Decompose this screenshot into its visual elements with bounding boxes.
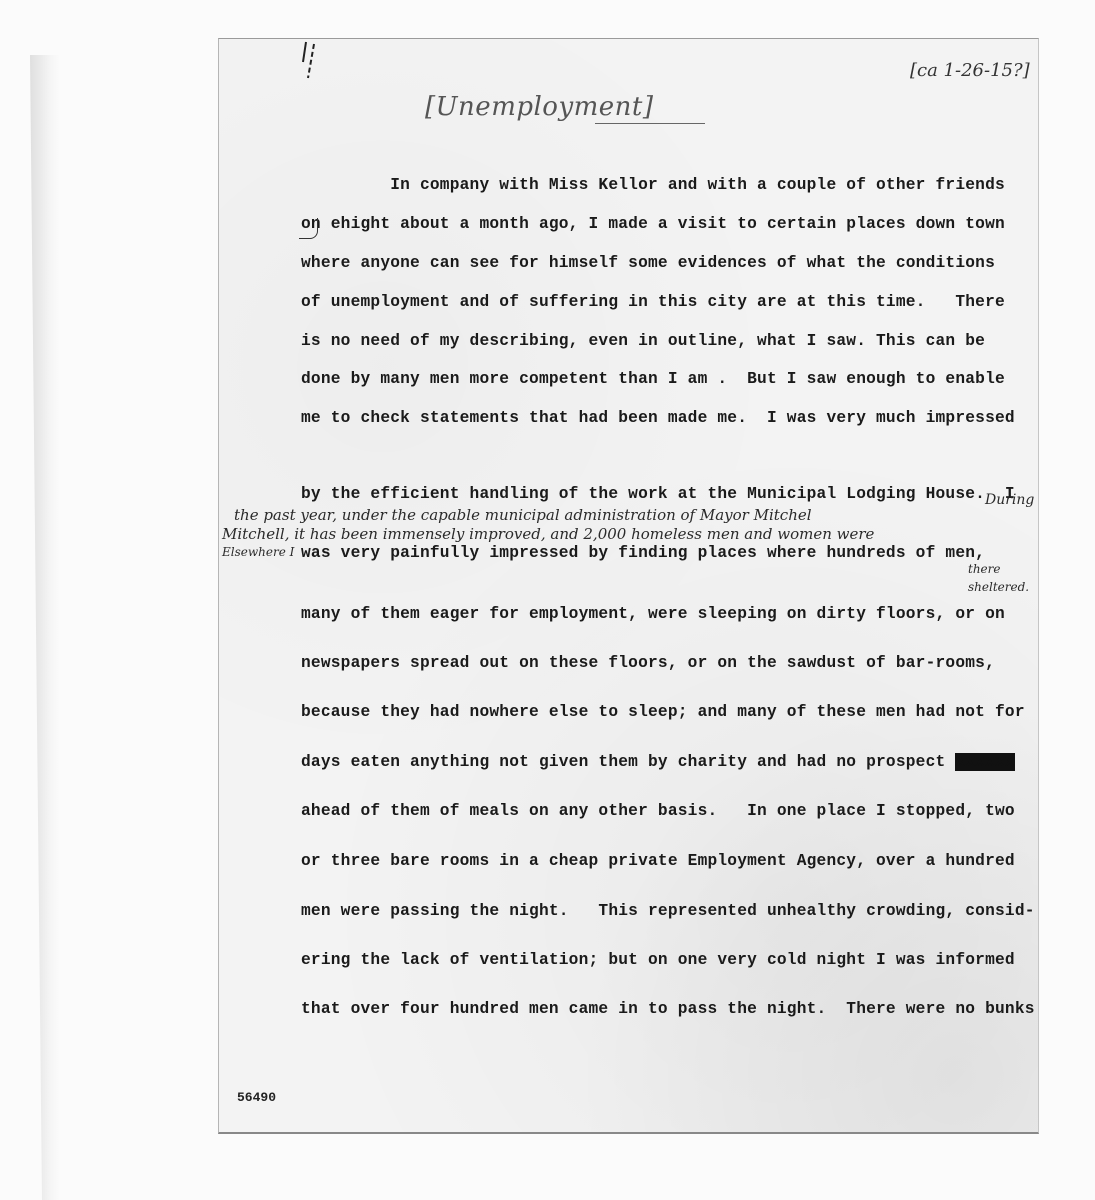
document-page [218,38,1039,1134]
handwritten-left-margin-note: Elsewhere I [222,545,294,559]
editing-bracket-mark [299,218,318,239]
typed-line-12: because they had nowhere else to sleep; … [301,703,1025,721]
typed-line-9: was very painfully impressed by finding … [301,544,985,562]
document-number: 56490 [237,1090,276,1105]
typed-line-13: days eaten anything not given them by ch… [301,753,1015,771]
handwritten-insertion-1: the past year, under the capable municip… [234,506,812,524]
scan-edge-shadow [30,55,60,1200]
typed-line-10: many of them eager for employment, were … [301,605,1005,623]
typed-line-7: me to check statements that had been mad… [301,409,1015,427]
handwritten-right-margin-bottom: there sheltered. [968,560,1038,596]
typed-line-4: of unemployment and of suffering in this… [301,293,1005,311]
typed-line-14: ahead of them of meals on any other basi… [301,802,1015,820]
typed-line-17: ering the lack of ventilation; but on on… [301,951,1015,969]
handwritten-insertion-2: Mitchell, it has been immensely improved… [222,525,874,543]
typed-line-8: by the efficient handling of the work at… [301,485,1015,503]
struck-out-word: xxxxxx [955,753,1015,771]
title-underline [595,123,705,124]
typed-line-13-text: days eaten anything not given them by ch… [301,753,945,771]
typed-line-2: on ehight about a month ago, I made a vi… [301,215,1005,233]
typed-line-16: men were passing the night. This represe… [301,902,1035,920]
archive-tick-marks [298,40,338,80]
typed-line-5: is no need of my describing, even in out… [301,332,985,350]
handwritten-right-margin-top: During [985,492,1034,508]
page-title: [Unemployment] [425,92,654,122]
typed-line-18: that over four hundred men came in to pa… [301,1000,1035,1018]
typed-line-1: In company with Miss Kellor and with a c… [301,176,1005,194]
date-annotation: [ca 1-26-15?] [910,60,1030,81]
typed-line-11: newspapers spread out on these floors, o… [301,654,995,672]
typed-line-6: done by many men more competent than I a… [301,370,1005,388]
typed-line-3: where anyone can see for himself some ev… [301,254,995,272]
typed-line-15: or three bare rooms in a cheap private E… [301,852,1015,870]
